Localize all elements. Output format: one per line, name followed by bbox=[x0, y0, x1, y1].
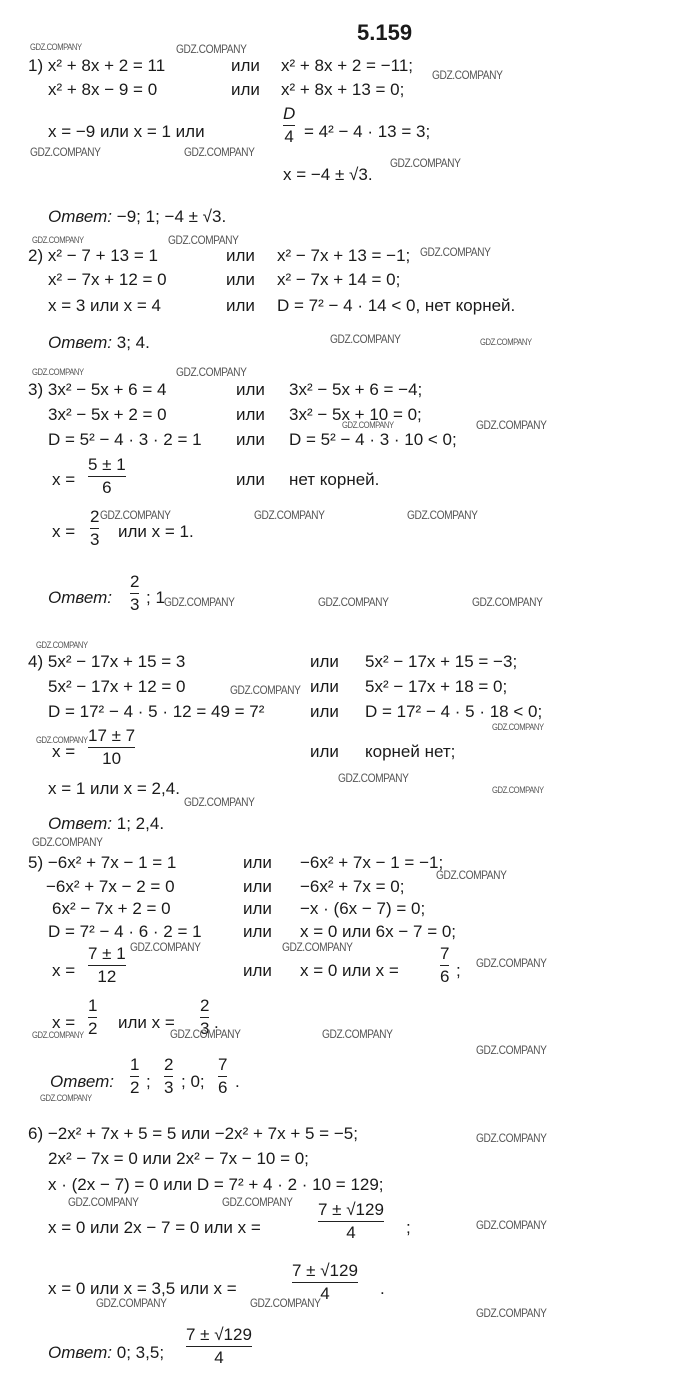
p1-line3-right: = 4² − 4 · 13 = 3; bbox=[304, 122, 430, 142]
watermark: GDZ.COMPANY bbox=[32, 1030, 84, 1040]
p6-line3: x · (2x − 7) = 0 или D = 7² + 4 · 2 · 10… bbox=[48, 1175, 384, 1195]
p2-line1-right: x² − 7x + 13 = −1; bbox=[277, 246, 410, 266]
p4-line3-right: D = 17² − 4 · 5 · 18 < 0; bbox=[365, 702, 542, 722]
p5-line3-right: −x · (6x − 7) = 0; bbox=[300, 899, 425, 919]
watermark: GDZ.COMPANY bbox=[164, 595, 235, 609]
p5-line1-right: −6x² + 7x − 1 = −1; bbox=[300, 853, 443, 873]
p3-line3-sep: или bbox=[236, 430, 265, 450]
p5-line5-sep: или bbox=[243, 961, 272, 981]
p5-answer-end: . bbox=[235, 1072, 240, 1092]
watermark: GDZ.COMPANY bbox=[390, 156, 461, 170]
watermark: GDZ.COMPANY bbox=[476, 418, 547, 432]
p1-line1-sep: или bbox=[231, 56, 260, 76]
p5-line5-right: x = 0 или x = bbox=[300, 961, 399, 981]
exercise-title: 5.159 bbox=[357, 20, 412, 46]
watermark: GDZ.COMPANY bbox=[32, 367, 84, 377]
p6-line4-suffix: ; bbox=[406, 1218, 411, 1238]
p4-line2-right: 5x² − 17x + 18 = 0; bbox=[365, 677, 507, 697]
watermark: GDZ.COMPANY bbox=[32, 835, 103, 849]
watermark: GDZ.COMPANY bbox=[176, 42, 247, 56]
p4-line3-sep: или bbox=[310, 702, 339, 722]
p5-line4-right: x = 0 или 6x − 7 = 0; bbox=[300, 922, 456, 942]
watermark: GDZ.COMPANY bbox=[184, 145, 255, 159]
watermark: GDZ.COMPANY bbox=[30, 145, 101, 159]
watermark: GDZ.COMPANY bbox=[254, 508, 325, 522]
p3-line4-right: нет корней. bbox=[289, 470, 379, 490]
p1-line2-left: x² + 8x − 9 = 0 bbox=[48, 80, 157, 100]
p5-line2-left: −6x² + 7x − 2 = 0 bbox=[46, 877, 175, 897]
p5-answer-label: Ответ: bbox=[50, 1072, 114, 1092]
watermark: GDZ.COMPANY bbox=[342, 420, 394, 430]
watermark: GDZ.COMPANY bbox=[492, 722, 544, 732]
watermark: GDZ.COMPANY bbox=[230, 683, 301, 697]
p6-answer-fraction: 7 ± √1294 bbox=[186, 1325, 252, 1368]
p6-fraction-7pmsqrt129-4: 7 ± √1294 bbox=[318, 1200, 384, 1243]
watermark: GDZ.COMPANY bbox=[100, 508, 171, 522]
p3-line4-sep: или bbox=[236, 470, 265, 490]
p4-answer: Ответ: 1; 2,4. bbox=[48, 814, 164, 834]
p5-line6-mid: или x = bbox=[118, 1013, 175, 1033]
p3-line1-sep: или bbox=[236, 380, 265, 400]
p1-line3-left: x = −9 или x = 1 или bbox=[48, 122, 205, 142]
watermark: GDZ.COMPANY bbox=[322, 1027, 393, 1041]
watermark: GDZ.COMPANY bbox=[184, 795, 255, 809]
p4-line4-sep: или bbox=[310, 742, 339, 762]
p2-line3-right: D = 7² − 4 · 14 < 0, нет корней. bbox=[277, 296, 515, 316]
p2-line1-left: 2) x² − 7 + 13 = 1 bbox=[28, 246, 158, 266]
watermark: GDZ.COMPANY bbox=[476, 1131, 547, 1145]
p4-line1-left: 4) 5x² − 17x + 15 = 3 bbox=[28, 652, 185, 672]
p3-line3-left: D = 5² − 4 · 3 · 2 = 1 bbox=[48, 430, 202, 450]
p1-line2-sep: или bbox=[231, 80, 260, 100]
p2-line3-left: x = 3 или x = 4 bbox=[48, 296, 161, 316]
watermark: GDZ.COMPANY bbox=[282, 940, 353, 954]
p3-answer-label: Ответ: bbox=[48, 588, 112, 608]
p6-line1: 6) −2x² + 7x + 5 = 5 или −2x² + 7x + 5 =… bbox=[28, 1124, 358, 1144]
watermark: GDZ.COMPANY bbox=[36, 640, 88, 650]
p3-line3-right: D = 5² − 4 · 3 · 10 < 0; bbox=[289, 430, 457, 450]
p5-fraction-1-2: 12 bbox=[88, 996, 97, 1039]
p5-answer-fraction-2-3: 23 bbox=[164, 1055, 173, 1098]
p5-line5-suffix: ; bbox=[456, 961, 461, 981]
watermark: GDZ.COMPANY bbox=[476, 1306, 547, 1320]
p5-line4-left: D = 7² − 4 · 6 · 2 = 1 bbox=[48, 922, 202, 942]
watermark: GDZ.COMPANY bbox=[250, 1296, 321, 1310]
p1-line1-left: 1) x² + 8x + 2 = 11 bbox=[28, 56, 165, 76]
p5-answer-sep1: ; bbox=[146, 1072, 151, 1092]
p5-line2-right: −6x² + 7x = 0; bbox=[300, 877, 404, 897]
watermark: GDZ.COMPANY bbox=[330, 332, 401, 346]
p5-answer-mid: ; 0; bbox=[181, 1072, 205, 1092]
p2-line2-sep: или bbox=[226, 270, 255, 290]
p3-fraction-2-3: 23 bbox=[90, 507, 99, 550]
p1-line1-right: x² + 8x + 2 = −11; bbox=[281, 56, 413, 76]
p4-line4-prefix: x = bbox=[52, 742, 75, 762]
p3-answer: ; 1 bbox=[146, 588, 165, 608]
p5-line1-sep: или bbox=[243, 853, 272, 873]
p1-line4-right: x = −4 ± √3. bbox=[283, 165, 373, 185]
watermark: GDZ.COMPANY bbox=[420, 245, 491, 259]
watermark: GDZ.COMPANY bbox=[30, 42, 82, 52]
p5-fraction-7pm1-12: 7 ± 112 bbox=[88, 944, 126, 987]
p3-fraction-5pm1-6: 5 ± 16 bbox=[88, 455, 126, 498]
p5-line1-left: 5) −6x² + 7x − 1 = 1 bbox=[28, 853, 176, 873]
p3-answer-fraction: 23 bbox=[130, 572, 139, 615]
p2-line2-left: x² − 7x + 12 = 0 bbox=[48, 270, 167, 290]
p3-line4-prefix: x = bbox=[52, 470, 75, 490]
p3-line1-left: 3) 3x² − 5x + 6 = 4 bbox=[28, 380, 166, 400]
watermark: GDZ.COMPANY bbox=[36, 735, 88, 745]
p3-line2-sep: или bbox=[236, 405, 265, 425]
p2-line2-right: x² − 7x + 14 = 0; bbox=[277, 270, 400, 290]
p5-answer-fraction-1-2: 12 bbox=[130, 1055, 139, 1098]
p6-answer: Ответ: 0; 3,5; bbox=[48, 1343, 164, 1363]
p6-line4-left: x = 0 или 2x − 7 = 0 или x = bbox=[48, 1218, 261, 1238]
p5-line2-sep: или bbox=[243, 877, 272, 897]
p4-line1-right: 5x² − 17x + 15 = −3; bbox=[365, 652, 517, 672]
p4-line1-sep: или bbox=[310, 652, 339, 672]
p6-line5-suffix: . bbox=[380, 1279, 385, 1299]
watermark: GDZ.COMPANY bbox=[40, 1093, 92, 1103]
watermark: GDZ.COMPANY bbox=[436, 868, 507, 882]
p5-line3-left: 6x² − 7x + 2 = 0 bbox=[52, 899, 171, 919]
p4-line2-sep: или bbox=[310, 677, 339, 697]
watermark: GDZ.COMPANY bbox=[222, 1195, 293, 1209]
watermark: GDZ.COMPANY bbox=[432, 68, 503, 82]
p2-line3-sep: или bbox=[226, 296, 255, 316]
watermark: GDZ.COMPANY bbox=[68, 1195, 139, 1209]
p5-line5-prefix: x = bbox=[52, 961, 75, 981]
watermark: GDZ.COMPANY bbox=[407, 508, 478, 522]
watermark: GDZ.COMPANY bbox=[476, 956, 547, 970]
p1-d-over-4: D4 bbox=[283, 104, 295, 147]
watermark: GDZ.COMPANY bbox=[32, 235, 84, 245]
watermark: GDZ.COMPANY bbox=[176, 365, 247, 379]
watermark: GDZ.COMPANY bbox=[168, 233, 239, 247]
watermark: GDZ.COMPANY bbox=[170, 1027, 241, 1041]
p3-line5-prefix: x = bbox=[52, 522, 75, 542]
p5-line4-sep: или bbox=[243, 922, 272, 942]
p3-line2-left: 3x² − 5x + 2 = 0 bbox=[48, 405, 167, 425]
watermark: GDZ.COMPANY bbox=[338, 771, 409, 785]
watermark: GDZ.COMPANY bbox=[492, 785, 544, 795]
p3-line5-suffix: или x = 1. bbox=[118, 522, 194, 542]
watermark: GDZ.COMPANY bbox=[476, 1218, 547, 1232]
p5-line3-sep: или bbox=[243, 899, 272, 919]
watermark: GDZ.COMPANY bbox=[96, 1296, 167, 1310]
p4-line3-left: D = 17² − 4 · 5 · 12 = 49 = 7² bbox=[48, 702, 264, 722]
p4-fraction-17pm7-10: 17 ± 710 bbox=[88, 726, 135, 769]
watermark: GDZ.COMPANY bbox=[318, 595, 389, 609]
p2-line1-sep: или bbox=[226, 246, 255, 266]
p6-line2: 2x² − 7x = 0 или 2x² − 7x − 10 = 0; bbox=[48, 1149, 309, 1169]
watermark: GDZ.COMPANY bbox=[476, 1043, 547, 1057]
p4-line4-right: корней нет; bbox=[365, 742, 455, 762]
p4-line5-left: x = 1 или x = 2,4. bbox=[48, 779, 180, 799]
p3-line1-right: 3x² − 5x + 6 = −4; bbox=[289, 380, 422, 400]
watermark: GDZ.COMPANY bbox=[480, 337, 532, 347]
p4-line2-left: 5x² − 17x + 12 = 0 bbox=[48, 677, 186, 697]
watermark: GDZ.COMPANY bbox=[130, 940, 201, 954]
p2-answer: Ответ: 3; 4. bbox=[48, 333, 150, 353]
watermark: GDZ.COMPANY bbox=[472, 595, 543, 609]
p1-answer: Ответ: −9; 1; −4 ± √3. bbox=[48, 207, 226, 227]
p1-line2-right: x² + 8x + 13 = 0; bbox=[281, 80, 404, 100]
p5-answer-fraction-7-6: 76 bbox=[218, 1055, 227, 1098]
p5-fraction-7-6: 76 bbox=[440, 944, 449, 987]
